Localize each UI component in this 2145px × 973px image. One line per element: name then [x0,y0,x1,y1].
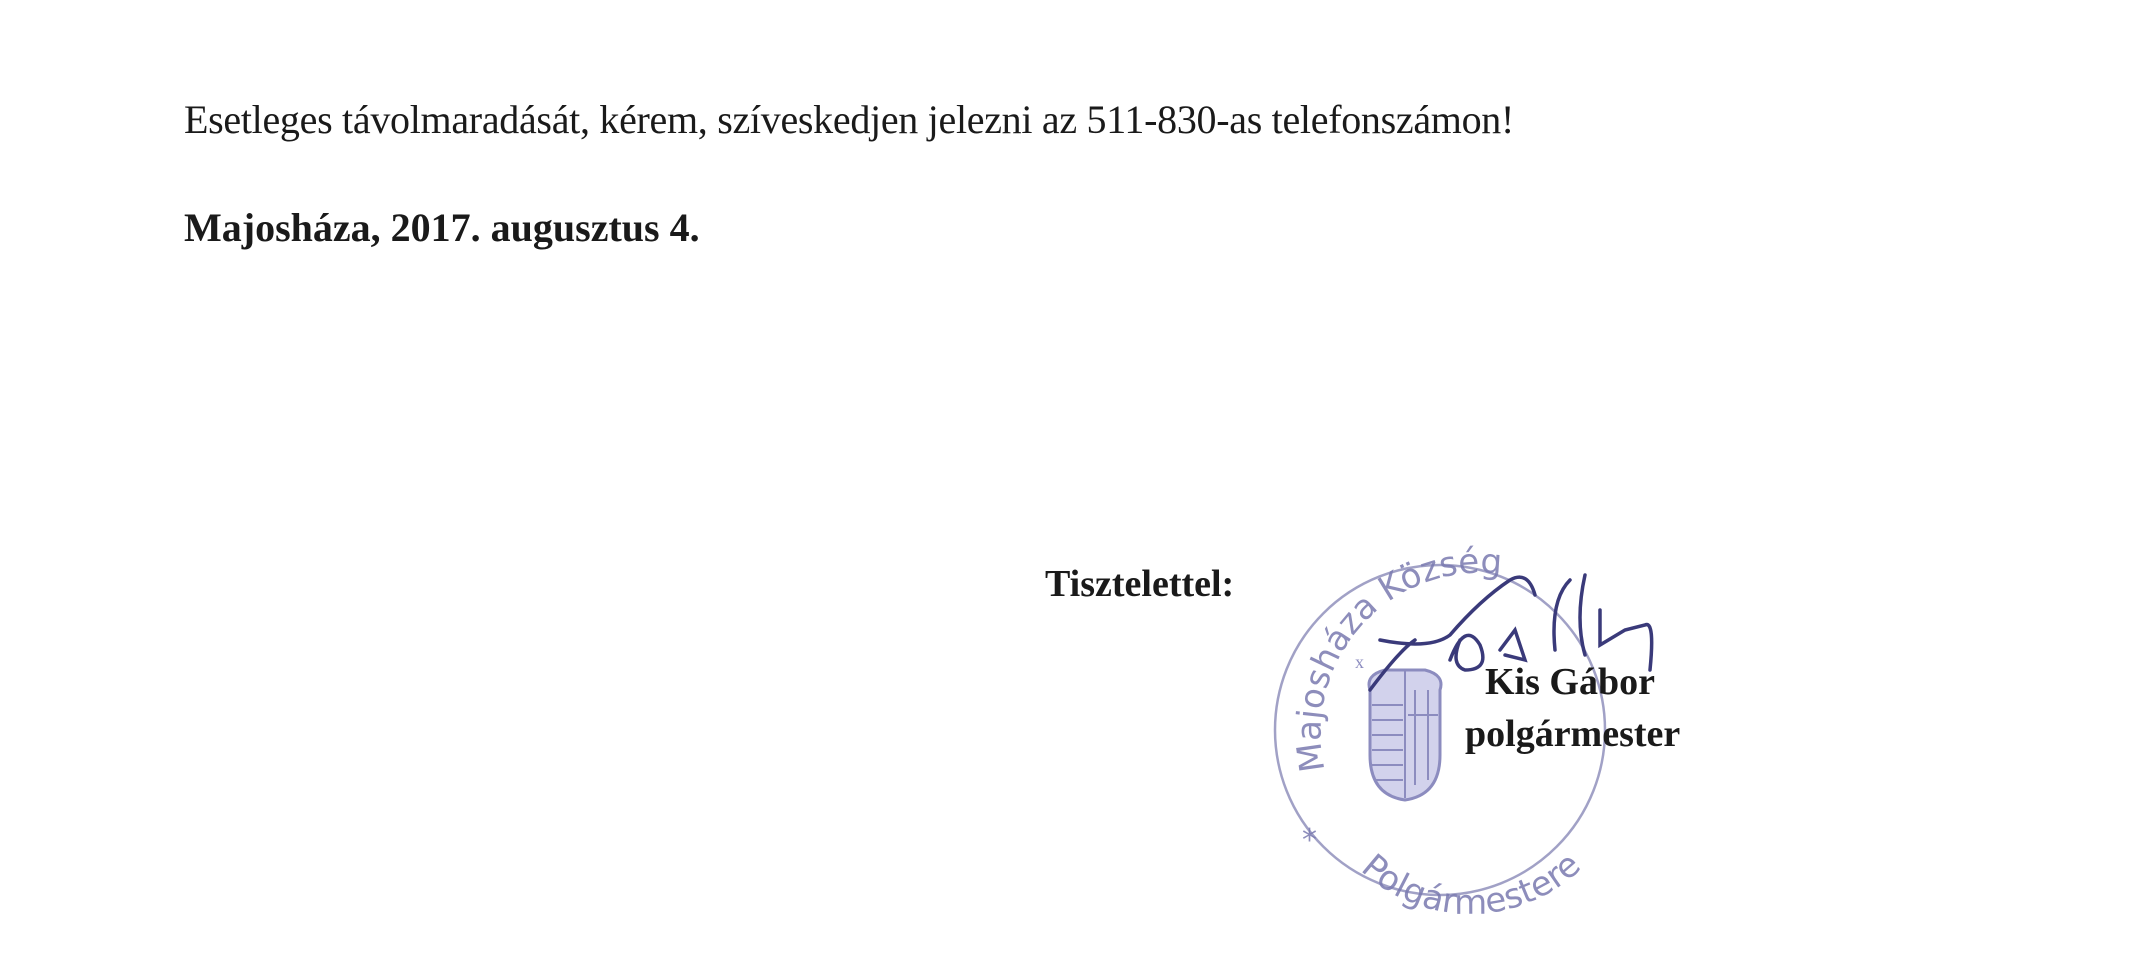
body-text: Esetleges távolmaradását, kérem, szívesk… [184,96,1514,143]
stamp-separator: * [1302,823,1317,858]
stamp-text-bottom: Polgármestere [1354,845,1588,920]
signatory-title: polgármester [1465,712,1680,756]
place-date: Majosháza, 2017. augusztus 4. [184,204,700,251]
coat-of-arms-icon: x [1355,652,1441,800]
svg-text:x: x [1355,652,1364,672]
closing-greeting: Tisztelettel: [1045,562,1234,606]
signatory-name: Kis Gábor [1485,660,1655,704]
